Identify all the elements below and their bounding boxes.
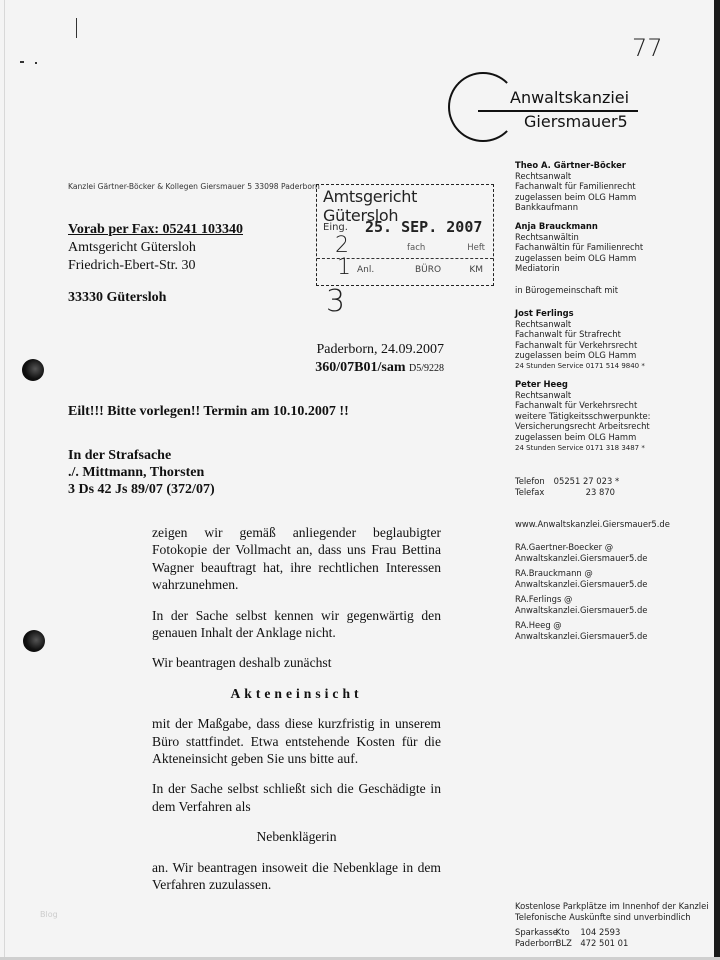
lawyer-detail: Fachanwältin für Familienrecht: [515, 242, 643, 253]
bank-details: Sparkasse Kto 104 2593 Paderborn BLZ 472…: [515, 927, 628, 948]
phone-value: 05251 27 023 *: [554, 476, 619, 486]
email-user: RA.Ferlings @: [515, 594, 647, 605]
case-line: ./. Mittmann, Thorsten: [68, 464, 215, 481]
footer-note: Kostenlose Parkplätze im Innenhof der Ka…: [515, 901, 709, 912]
partner-detail: Versicherungsrecht Arbeitsrecht: [515, 421, 650, 432]
lawyer-detail: Bankkaufmann: [515, 202, 636, 213]
fax-notice: Vorab per Fax: 05241 103340: [68, 221, 243, 239]
logo-text-line1: Anwaltskanziei: [510, 88, 629, 107]
handwritten-annotation: 3: [326, 284, 345, 319]
recipient-address: Vorab per Fax: 05241 103340 Amtsgericht …: [68, 221, 243, 307]
bank-code: BLZ: [556, 938, 578, 949]
footer-note: Telefonische Auskünfte sind unverbindlic…: [515, 912, 709, 923]
partner-detail: Fachanwalt für Strafrecht: [515, 329, 645, 340]
sender-return-address: Kanzlei Gärtner-Böcker & Kollegen Giersm…: [68, 182, 320, 191]
partner-detail: Rechtsanwalt: [515, 319, 645, 330]
stamp-handwritten-copies: 1: [337, 255, 351, 280]
phone-line: Telefon 05251 27 023 *: [515, 476, 619, 487]
email-user: RA.Gaertner-Boecker @: [515, 542, 647, 553]
logo-g-circle: [448, 72, 518, 142]
watermark: Blog: [40, 910, 58, 919]
lawyer-name: Theo A. Gärtner-Böcker: [515, 160, 636, 171]
court-receipt-stamp: Amtsgericht Gütersloh Eing. 25. SEP. 200…: [316, 184, 494, 286]
fax-value: 23 870: [586, 487, 615, 497]
case-reference: In der Strafsache ./. Mittmann, Thorsten…: [68, 447, 215, 498]
bank-row: Paderborn BLZ 472 501 01: [515, 938, 628, 949]
partner-service-phone: 24 Stunden Service 0171 318 3487 *: [515, 443, 650, 454]
reference-subcode: D5/9228: [409, 363, 444, 374]
partner-block-1: Jost Ferlings Rechtsanwalt Fachanwalt fü…: [515, 308, 645, 372]
body-paragraph: mit der Maßgabe, dass diese kurzfristig …: [152, 715, 441, 767]
stamp-eing-label: Eing.: [323, 222, 348, 233]
email-user: RA.Brauckmann @: [515, 568, 647, 579]
stamp-date: 25. SEP. 2007: [365, 218, 482, 236]
body-heading: Nebenklägerin: [152, 828, 441, 845]
bank-label: Sparkasse: [515, 927, 553, 938]
body-paragraph: zeigen wir gemäß anliegender beglaubigte…: [152, 524, 441, 594]
bank-code: Kto: [556, 927, 578, 938]
lawyer-detail: zugelassen beim OLG Hamm: [515, 253, 643, 264]
lawyer-name: Anja Brauckmann: [515, 221, 643, 232]
lawyer-block-1: Theo A. Gärtner-Böcker Rechtsanwalt Fach…: [515, 160, 636, 213]
urgent-notice: Eilt!!! Bitte vorlegen!! Termin am 10.10…: [68, 404, 349, 420]
page-edge: [4, 0, 5, 960]
scan-mark: [76, 18, 77, 38]
reference-code: 360/07B01/sam: [315, 360, 405, 375]
recipient-name: Amtsgericht Gütersloh: [68, 239, 243, 257]
partner-detail: Rechtsanwalt: [515, 390, 650, 401]
email-domain: Anwaltskanzlei.Giersmauer5.de: [515, 631, 647, 642]
fax-line: Telefax 23 870: [515, 487, 615, 498]
stamp-label: KM: [469, 265, 483, 275]
email-3[interactable]: RA.Ferlings @ Anwaltskanzlei.Giersmauer5…: [515, 594, 647, 615]
partner-name: Jost Ferlings: [515, 308, 645, 319]
bank-label: Paderborn: [515, 938, 553, 949]
email-2[interactable]: RA.Brauckmann @ Anwaltskanzlei.Giersmaue…: [515, 568, 647, 589]
lawyer-detail: Fachanwalt für Familienrecht: [515, 181, 636, 192]
partner-detail: Fachanwalt für Verkehrsrecht: [515, 340, 645, 351]
body-paragraph: an. Wir beantragen insoweit die Nebenkla…: [152, 859, 441, 894]
logo-text-line2: Giersmauer5: [524, 112, 628, 131]
body-paragraph: In der Sache selbst kennen wir gegenwärt…: [152, 607, 441, 642]
punch-hole: [23, 630, 45, 652]
date-reference-block: Paderborn, 24.09.2007 360/07B01/sam D5/9…: [315, 341, 444, 378]
lawyer-detail: Mediatorin: [515, 263, 643, 274]
stamp-label: fach: [407, 243, 425, 253]
scan-mark: [20, 61, 24, 63]
partner-detail: Fachanwalt für Verkehrsrecht: [515, 400, 650, 411]
email-1[interactable]: RA.Gaertner-Boecker @ Anwaltskanzlei.Gie…: [515, 542, 647, 563]
punch-hole: [22, 359, 44, 381]
fax-label: Telefax: [515, 487, 583, 498]
footer-notes: Kostenlose Parkplätze im Innenhof der Ka…: [515, 901, 709, 922]
lawyer-detail: Rechtsanwältin: [515, 232, 643, 243]
stamp-label: Heft: [467, 243, 485, 253]
email-user: RA.Heeg @: [515, 620, 647, 631]
body-paragraph: Wir beantragen deshalb zunächst: [152, 654, 441, 671]
website-link[interactable]: www.Anwaltskanzlei.Giersmauer5.de: [515, 519, 670, 530]
partnership-note: in Bürogemeinschaft mit: [515, 285, 618, 296]
phone-label: Telefon: [515, 476, 551, 487]
email-domain: Anwaltskanzlei.Giersmauer5.de: [515, 553, 647, 564]
bank-value: 472 501 01: [580, 938, 628, 948]
handwritten-page-number: 77: [632, 34, 663, 62]
case-line: In der Strafsache: [68, 447, 215, 464]
partner-block-2: Peter Heeg Rechtsanwalt Fachanwalt für V…: [515, 379, 650, 453]
recipient-city: 33330 Gütersloh: [68, 289, 243, 307]
stamp-label: BÜRO: [415, 265, 441, 275]
recipient-street: Friedrich-Ebert-Str. 30: [68, 257, 243, 275]
scan-mark: [35, 62, 37, 64]
bank-row: Sparkasse Kto 104 2593: [515, 927, 628, 938]
letter-body: zeigen wir gemäß anliegender beglaubigte…: [152, 524, 441, 907]
page-edge: [714, 0, 720, 960]
partner-detail: weitere Tätigkeitsschwerpunkte:: [515, 411, 650, 422]
lawyer-block-2: Anja Brauckmann Rechtsanwältin Fachanwäl…: [515, 221, 643, 274]
letter-date: Paderborn, 24.09.2007: [315, 341, 444, 359]
reference-number: 360/07B01/sam D5/9228: [315, 359, 444, 378]
email-4[interactable]: RA.Heeg @ Anwaltskanzlei.Giersmauer5.de: [515, 620, 647, 641]
lawyer-detail: Rechtsanwalt: [515, 171, 636, 182]
email-domain: Anwaltskanzlei.Giersmauer5.de: [515, 579, 647, 590]
partner-detail: zugelassen beim OLG Hamm: [515, 432, 650, 443]
partner-detail: zugelassen beim OLG Hamm: [515, 350, 645, 361]
stamp-label: Anl.: [357, 265, 374, 275]
body-paragraph: In der Sache selbst schließt sich die Ge…: [152, 780, 441, 815]
email-domain: Anwaltskanzlei.Giersmauer5.de: [515, 605, 647, 616]
partner-service-phone: 24 Stunden Service 0171 514 9840 *: [515, 361, 645, 372]
bank-value: 104 2593: [580, 927, 620, 937]
body-heading: Akteneinsicht: [152, 685, 441, 702]
partner-name: Peter Heeg: [515, 379, 650, 390]
lawyer-detail: zugelassen beim OLG Hamm: [515, 192, 636, 203]
case-line: 3 Ds 42 Js 89/07 (372/07): [68, 481, 215, 498]
